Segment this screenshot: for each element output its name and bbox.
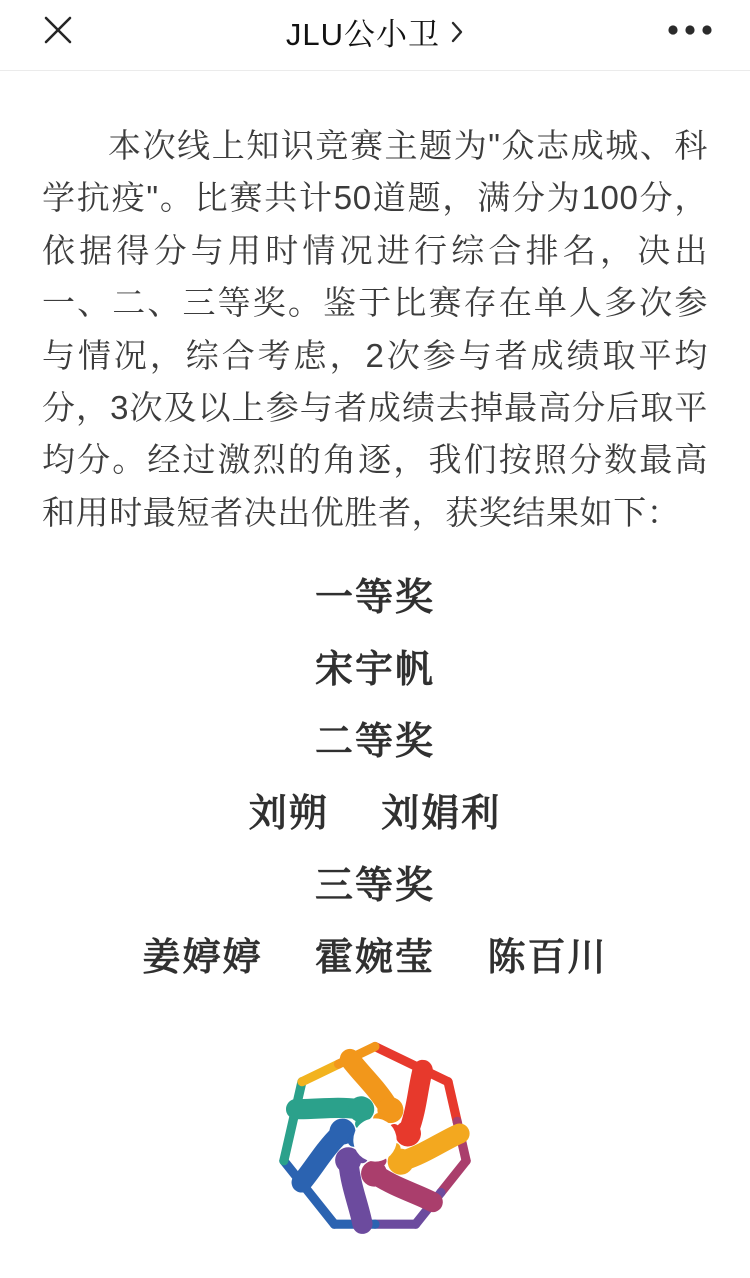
unity-hands-heptagon-logo <box>269 1034 481 1246</box>
chevron-right-icon <box>450 20 464 44</box>
ellipsis-icon <box>667 24 713 36</box>
article-body: 本次线上知识竞赛主题为"众志成城、科学抗疫"。比赛共计50道题，满分为100分，… <box>0 120 750 1246</box>
logo-container <box>42 1034 708 1246</box>
award-title-first: 一等奖 <box>42 562 708 634</box>
award-winners-second: 刘朔 刘娟利 <box>42 778 708 850</box>
official-account-link[interactable]: JLU公小卫 <box>0 1 750 61</box>
award-title-second: 二等奖 <box>42 706 708 778</box>
award-winners-third: 姜婷婷 霍婉莹 陈百川 <box>42 922 708 994</box>
logo-center-hole <box>353 1119 396 1162</box>
award-title-third: 三等奖 <box>42 850 708 922</box>
article-top-bar: JLU公小卫 <box>0 0 750 71</box>
close-button[interactable] <box>30 0 86 60</box>
article-paragraph: 本次线上知识竞赛主题为"众志成城、科学抗疫"。比赛共计50道题，满分为100分，… <box>42 120 708 539</box>
close-icon <box>43 15 73 45</box>
award-winners-first: 宋宇帆 <box>42 634 708 706</box>
account-title: JLU公小卫 <box>286 9 440 54</box>
award-results: 一等奖 宋宇帆 二等奖 刘朔 刘娟利 三等奖 姜婷婷 霍婉莹 陈百川 <box>42 562 708 994</box>
more-menu-button[interactable] <box>658 2 722 58</box>
